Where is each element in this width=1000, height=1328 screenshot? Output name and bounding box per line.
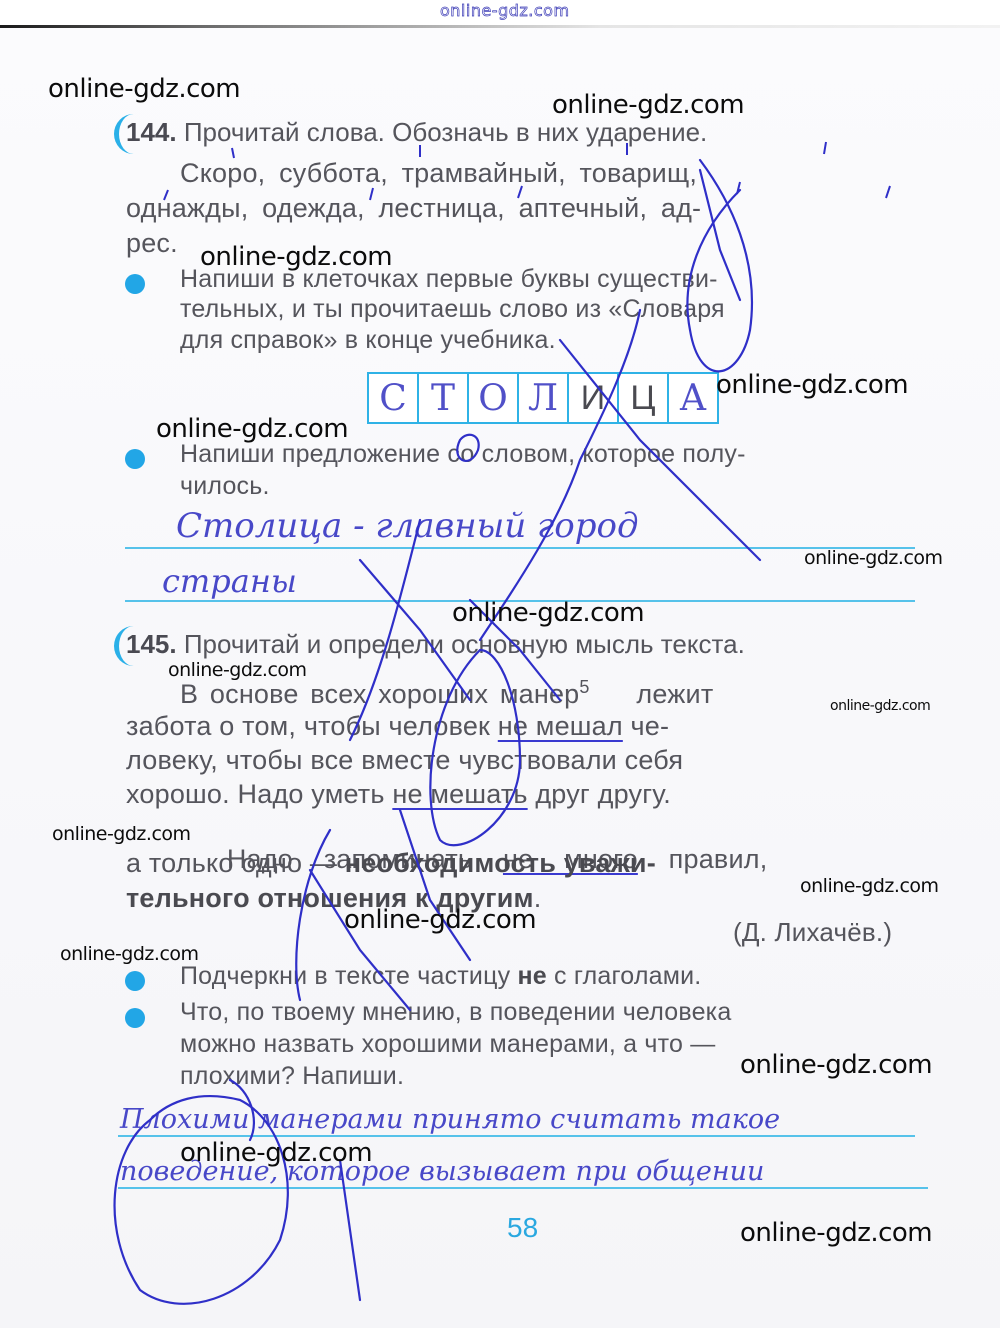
exercise-instruction: Прочитай и определи основную мысль текст… bbox=[184, 629, 745, 659]
underlined-phrase: не мешал bbox=[498, 711, 623, 741]
author-attribution: (Д. Лихачёв.) bbox=[733, 917, 892, 948]
footnote-mark: 5 bbox=[579, 677, 589, 697]
grid-cell[interactable]: О bbox=[469, 374, 519, 422]
grid-cell[interactable]: И bbox=[569, 374, 619, 422]
watermark: online-gdz.com bbox=[552, 90, 744, 120]
text-span: с глаголами. bbox=[547, 962, 702, 990]
task-line: Напиши предложение со словом, которое по… bbox=[180, 440, 746, 469]
text-line: а только одно — необходимость уважи- bbox=[126, 848, 656, 879]
watermark: online-gdz.com bbox=[48, 74, 240, 104]
grid-cell[interactable]: С bbox=[369, 374, 419, 422]
writing-line bbox=[118, 1135, 915, 1137]
exercise-number: 144. bbox=[126, 117, 177, 147]
exercise-145-heading: 145. Прочитай и определи основную мысль … bbox=[126, 629, 745, 660]
text-span: а только одно — bbox=[126, 848, 345, 878]
grid-cell[interactable]: Л bbox=[519, 374, 569, 422]
grid-cell[interactable]: Т bbox=[419, 374, 469, 422]
word-line: однажды, одежда, лестница, аптечный, ад- bbox=[126, 193, 701, 224]
watermark: online-gdz.com bbox=[180, 1138, 372, 1168]
handwritten-answer[interactable]: Плохими манерами принято считать такое bbox=[120, 1104, 780, 1135]
page-number: 58 bbox=[507, 1212, 538, 1244]
writing-line bbox=[118, 1187, 928, 1189]
text-span: друг другу. bbox=[528, 779, 671, 809]
grid-cell[interactable]: А bbox=[669, 374, 717, 422]
task-line: Подчеркни в тексте частицу не с глаголам… bbox=[180, 962, 701, 991]
watermark: online-gdz.com bbox=[830, 698, 930, 714]
site-stamp: online-gdz.com bbox=[440, 1, 570, 20]
top-bar: online-gdz.com bbox=[0, 0, 1000, 25]
bullet-icon bbox=[125, 1008, 145, 1028]
exercise-number: 145. bbox=[126, 629, 177, 659]
watermark: online-gdz.com bbox=[800, 875, 939, 897]
task-line: чилось. bbox=[180, 472, 270, 501]
bullet-icon bbox=[125, 971, 145, 991]
task-line: Что, по твоему мнению, в поведении челов… bbox=[180, 998, 731, 1027]
exercise-instruction: Прочитай слова. Обозначь в них ударение. bbox=[184, 117, 707, 147]
word-line: Скоро, суббота, трамвайный, товарищ, bbox=[180, 158, 697, 189]
handwritten-answer[interactable]: Столица - главный город bbox=[176, 506, 639, 546]
watermark: online-gdz.com bbox=[716, 370, 908, 400]
text-line: забота о том, чтобы человек не мешал че- bbox=[126, 711, 669, 742]
underlined-phrase: не мешать bbox=[392, 779, 527, 809]
text-span: забота о том, чтобы человек bbox=[126, 711, 498, 741]
watermark: online-gdz.com bbox=[52, 823, 191, 845]
writing-line bbox=[125, 547, 915, 549]
watermark: online-gdz.com bbox=[452, 598, 644, 628]
text-span: Подчеркни в тексте частицу bbox=[180, 962, 517, 990]
bullet-icon bbox=[125, 449, 145, 469]
task-line: тельных, и ты прочитаешь слово из «Слова… bbox=[180, 295, 725, 324]
bullet-icon bbox=[125, 274, 145, 294]
text-span: В основе всех хороших манер bbox=[180, 679, 579, 709]
text-line: хорошо. Надо уметь не мешать друг другу. bbox=[126, 779, 671, 810]
bold-word: не bbox=[517, 962, 546, 990]
watermark: online-gdz.com bbox=[804, 547, 943, 569]
watermark: online-gdz.com bbox=[168, 659, 307, 681]
watermark: online-gdz.com bbox=[344, 905, 536, 935]
watermark: online-gdz.com bbox=[200, 242, 392, 272]
letter-grid: С Т О Л И Ц А bbox=[367, 372, 719, 424]
grid-cell[interactable]: Ц bbox=[619, 374, 669, 422]
watermark: online-gdz.com bbox=[156, 414, 348, 444]
watermark: online-gdz.com bbox=[740, 1218, 932, 1248]
exercise-144-heading: 144. Прочитай слова. Обозначь в них удар… bbox=[126, 117, 707, 148]
task-line: плохими? Напиши. bbox=[180, 1062, 404, 1091]
text-span: хорошо. Надо уметь bbox=[126, 779, 392, 809]
text-span: правил, bbox=[638, 844, 768, 874]
task-line: можно назвать хорошими манерами, а что — bbox=[180, 1030, 715, 1059]
bold-phrase: необходимость уважи- bbox=[345, 848, 656, 878]
text-span: че- bbox=[623, 711, 669, 741]
text-span: лежит bbox=[636, 679, 713, 709]
task-line: для справок» в конце учебника. bbox=[180, 326, 556, 355]
text-line: В основе всех хороших манер5 лежит bbox=[180, 677, 713, 710]
handwritten-answer[interactable]: страны bbox=[162, 562, 297, 600]
watermark: online-gdz.com bbox=[60, 943, 199, 965]
word-line: рес. bbox=[126, 228, 178, 259]
text-line: ловеку, чтобы все вместе чувствовали себ… bbox=[126, 745, 683, 776]
watermark: online-gdz.com bbox=[740, 1050, 932, 1080]
